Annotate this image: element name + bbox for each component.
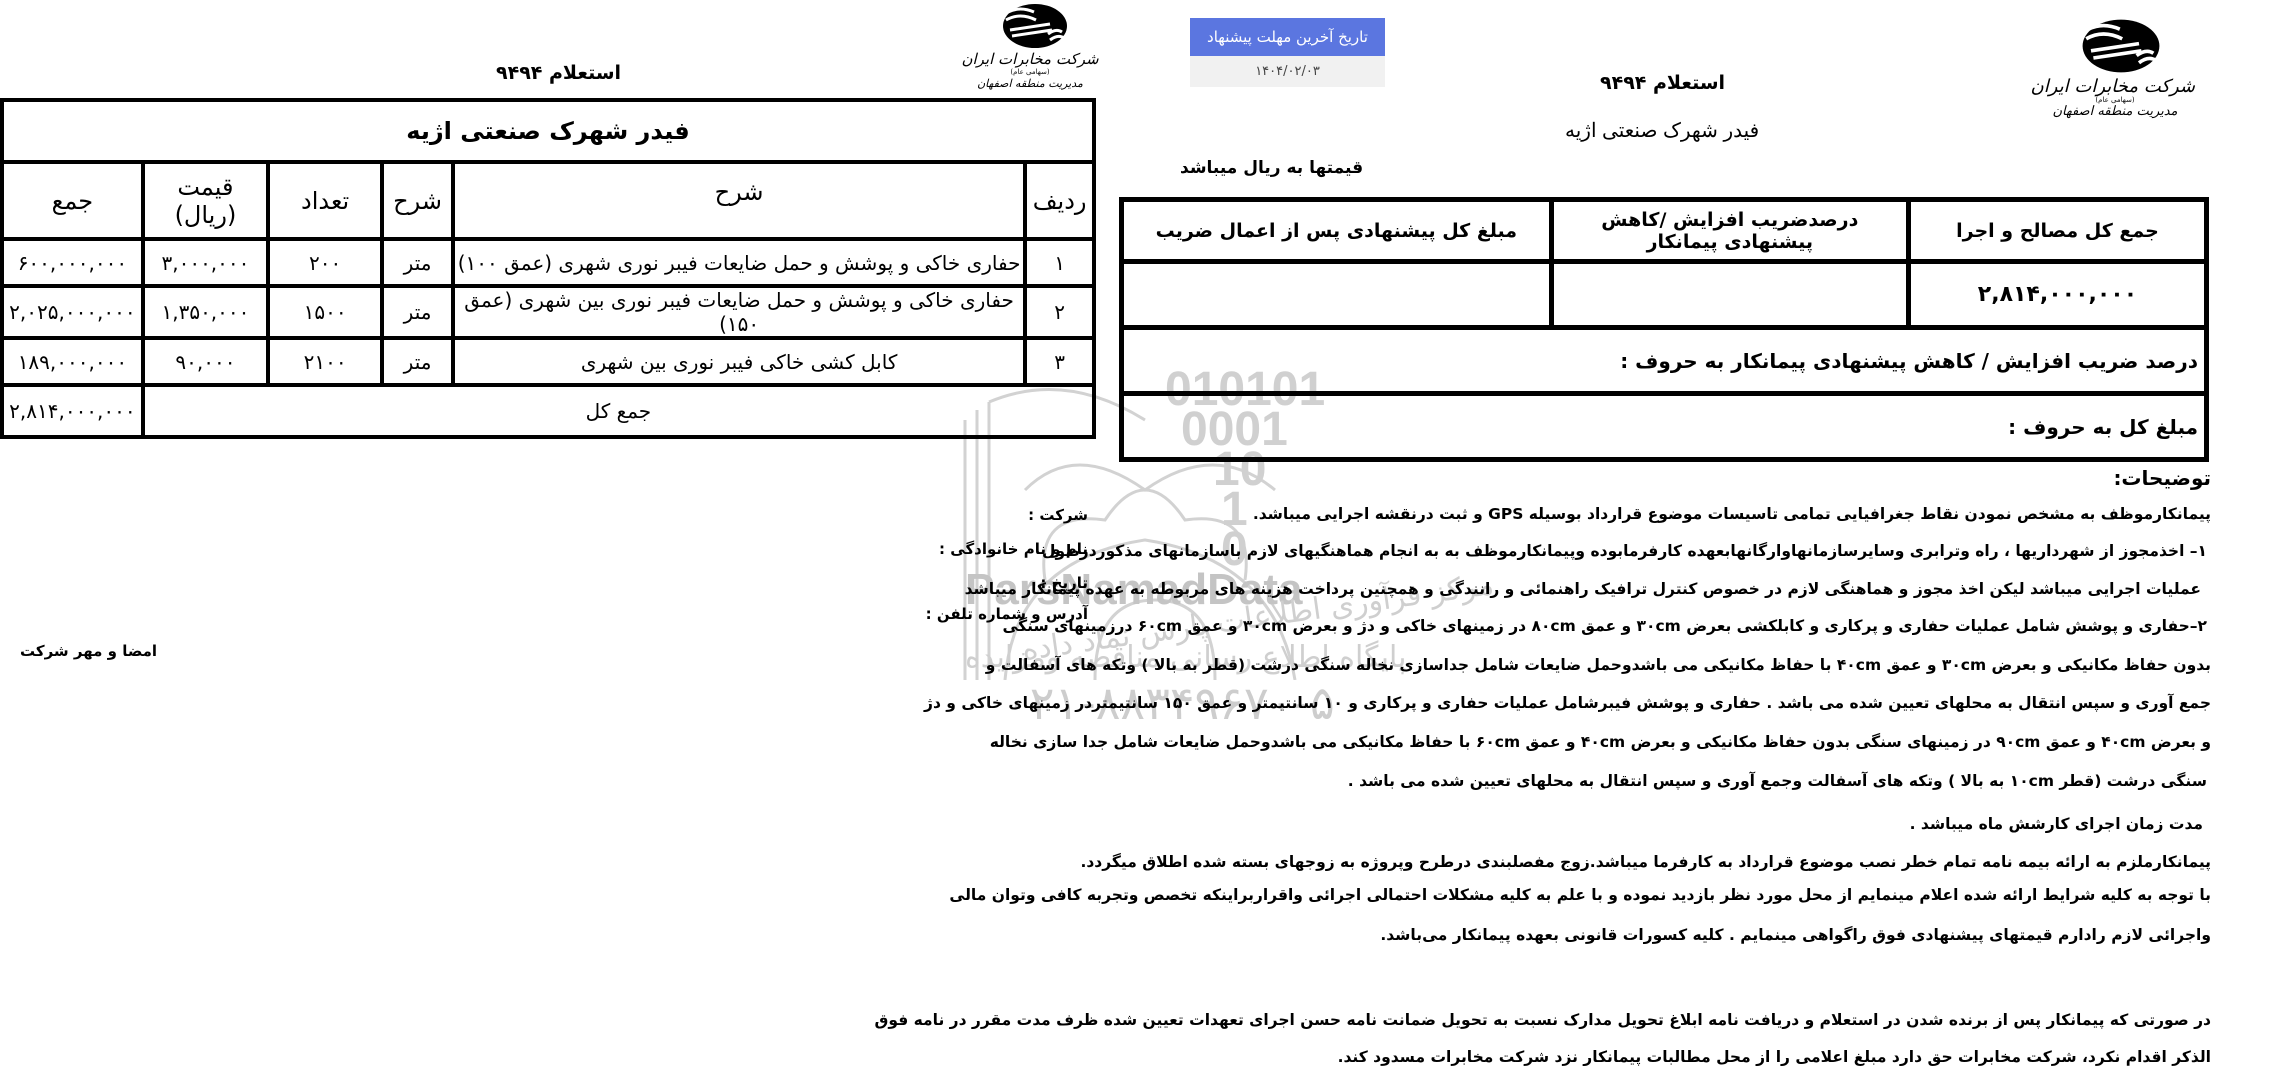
header-row-no: ردیف bbox=[1025, 162, 1094, 239]
amount-letters-row: مبلغ کل به حروف : bbox=[1122, 394, 2207, 460]
note-paragraph: بدون حفاظ مکانیکی و بعرض ۳۰cm و عمق ۴۰cm… bbox=[986, 656, 2211, 674]
logo-company-name: شرکت مخابرات ایران bbox=[960, 50, 1100, 68]
table-row: ۳ کابل کشی خاکی فیبر نوری بین شهری متر ۲… bbox=[2, 338, 1094, 385]
coefficient-in-letters-field[interactable]: درصد ضریب افزایش / کاهش پیشنهادی پیمانکا… bbox=[1122, 328, 2207, 394]
header-unit: شرح bbox=[382, 162, 453, 239]
table-title: فیدر شهرک صنعتی اژیه bbox=[2, 100, 1094, 162]
notes-title: توضیحات: bbox=[2113, 466, 2211, 490]
cell-unit: متر bbox=[382, 239, 453, 286]
cell-price: ۳,۰۰۰,۰۰۰ bbox=[143, 239, 268, 286]
header-total: جمع bbox=[2, 162, 143, 239]
logo-region: مدیریت منطقه اصفهان bbox=[2035, 105, 2195, 119]
currency-note: قیمتها به ریال میباشد bbox=[1180, 158, 1363, 178]
cell-quantity: ۲۱۰۰ bbox=[268, 338, 382, 385]
header-description: شرح bbox=[453, 162, 1025, 239]
header-coefficient: درصدضریب افزایش /کاهش پیشنهادی پیمانکار bbox=[1551, 200, 1908, 262]
cell-total: ۲,۰۲۵,۰۰۰,۰۰۰ bbox=[2, 286, 143, 338]
table-row: ۱ حفاری خاکی و پوشش و حمل ضایعات فیبر نو… bbox=[2, 239, 1094, 286]
cell-total: ۱۸۹,۰۰۰,۰۰۰ bbox=[2, 338, 143, 385]
logo-company-type: (سهامی عام) bbox=[960, 68, 1100, 77]
grand-total-label: جمع کل bbox=[143, 385, 1094, 437]
cell-unit: متر bbox=[382, 286, 453, 338]
cell-total: ۶۰۰,۰۰۰,۰۰۰ bbox=[2, 239, 143, 286]
logo-company-name: شرکت مخابرات ایران bbox=[2035, 78, 2195, 96]
cell-description: کابل کشی خاکی فیبر نوری بین شهری bbox=[453, 338, 1025, 385]
signature-label: امضا و مهر شرکت bbox=[20, 642, 157, 660]
cell-row-no: ۱ bbox=[1025, 239, 1094, 286]
cell-unit: متر bbox=[382, 338, 453, 385]
summary-header-row: جمع کل مصالح و اجرا درصدضریب افزایش /کاه… bbox=[1122, 200, 2207, 262]
note-paragraph: عملیات اجرایی میباشد لیکن اخذ مجوز و هما… bbox=[965, 580, 2201, 598]
note-paragraph: در صورتی که پیمانکار پس از برنده شدن در … bbox=[875, 1011, 2212, 1029]
coefficient-letters-row: درصد ضریب افزایش / کاهش پیشنهادی پیمانکا… bbox=[1122, 328, 2207, 394]
deadline-date: ۱۴۰۴/۰۲/۰۳ bbox=[1190, 56, 1385, 87]
cell-price: ۱,۳۵۰,۰۰۰ bbox=[143, 286, 268, 338]
summary-value-row: ۲,۸۱۴,۰۰۰,۰۰۰ bbox=[1122, 262, 2207, 328]
telecom-logo-icon bbox=[2067, 14, 2163, 78]
logo-region: مدیریت منطقه اصفهان bbox=[960, 77, 1100, 91]
right-company-logo: شرکت مخابرات ایران (سهامی عام) مدیریت من… bbox=[2035, 14, 2195, 119]
cell-quantity: ۲۰۰ bbox=[268, 239, 382, 286]
left-inquiry-heading: استعلام ۹۴۹۴ bbox=[496, 62, 621, 84]
value-total-materials: ۲,۸۱۴,۰۰۰,۰۰۰ bbox=[1908, 262, 2206, 328]
amount-in-letters-field[interactable]: مبلغ کل به حروف : bbox=[1122, 394, 2207, 460]
note-paragraph: ۱– اخذمجوز از شهرداریها ، راه وترابری وس… bbox=[1042, 542, 2207, 560]
table-title-row: فیدر شهرک صنعتی اژیه bbox=[2, 100, 1094, 162]
right-subtitle: فیدر شهرک صنعتی اژیه bbox=[1565, 118, 1759, 143]
cell-price: ۹۰,۰۰۰ bbox=[143, 338, 268, 385]
cell-row-no: ۳ bbox=[1025, 338, 1094, 385]
note-paragraph: سنگی درشت (قطر ۱۰cm به بالا ) وتکه های آ… bbox=[1348, 772, 2207, 790]
value-final-amount-field[interactable] bbox=[1122, 262, 1552, 328]
note-paragraph: الذکر اقدام نکرد، شرکت مخابرات حق دارد م… bbox=[1338, 1048, 2211, 1066]
header-quantity: تعداد bbox=[268, 162, 382, 239]
table-row: ۲ حفاری خاکی و پوشش و حمل ضایعات فیبر نو… bbox=[2, 286, 1094, 338]
cell-description: حفاری خاکی و پوشش و حمل ضایعات فیبر نوری… bbox=[453, 286, 1025, 338]
header-price: قیمت (ریال) bbox=[143, 162, 268, 239]
grand-total-row: جمع کل ۲,۸۱۴,۰۰۰,۰۰۰ bbox=[2, 385, 1094, 437]
note-paragraph: واجرائی لازم رادارم قیمتهای پیشنهادی فوق… bbox=[1380, 926, 2211, 944]
form-field-company: شرکت : bbox=[1028, 506, 1088, 524]
deadline-label: تاریخ آخرین مهلت پیشنهاد bbox=[1190, 18, 1385, 56]
right-inquiry-heading: استعلام ۹۴۹۴ bbox=[1600, 72, 1725, 94]
header-final-amount: مبلغ کل پیشنهادی پس از اعمال ضریب bbox=[1122, 200, 1552, 262]
table-header-row: ردیف شرح شرح تعداد قیمت (ریال) جمع bbox=[2, 162, 1094, 239]
note-paragraph: پیمانکارموظف به مشخص نمودن نقاط جغرافیای… bbox=[1253, 505, 2211, 523]
left-price-table: فیدر شهرک صنعتی اژیه ردیف شرح شرح تعداد … bbox=[0, 98, 1096, 439]
deadline-badge: تاریخ آخرین مهلت پیشنهاد ۱۴۰۴/۰۲/۰۳ bbox=[1190, 18, 1385, 87]
note-paragraph: و بعرض ۴۰cm و عمق ۹۰cm در زمینهای سنگی ب… bbox=[990, 733, 2211, 751]
note-paragraph: با توجه به کلیه شرایط ارائه شده اعلام می… bbox=[949, 886, 2211, 904]
left-company-logo: شرکت مخابرات ایران (سهامی عام) مدیریت من… bbox=[960, 2, 1100, 91]
note-paragraph: مدت زمان اجرای کارشش ماه میباشد . bbox=[1910, 815, 2203, 833]
cell-description: حفاری خاکی و پوشش و حمل ضایعات فیبر نوری… bbox=[453, 239, 1025, 286]
value-coefficient-field[interactable] bbox=[1551, 262, 1908, 328]
cell-row-no: ۲ bbox=[1025, 286, 1094, 338]
telecom-logo-icon bbox=[990, 2, 1070, 50]
note-paragraph: ۲–حفاری و پوشش شامل عملیات حفاری و پرکار… bbox=[1002, 617, 2207, 635]
note-paragraph: پیمانکارملزم به ارائه بیمه نامه تمام خطر… bbox=[1080, 853, 2211, 871]
header-total-materials: جمع کل مصالح و اجرا bbox=[1908, 200, 2206, 262]
grand-total-value: ۲,۸۱۴,۰۰۰,۰۰۰ bbox=[2, 385, 143, 437]
right-summary-table: جمع کل مصالح و اجرا درصدضریب افزایش /کاه… bbox=[1119, 197, 2209, 462]
note-paragraph: جمع آوری و سپس انتقال به محلهای تعیین شد… bbox=[924, 694, 2211, 712]
cell-quantity: ۱۵۰۰ bbox=[268, 286, 382, 338]
